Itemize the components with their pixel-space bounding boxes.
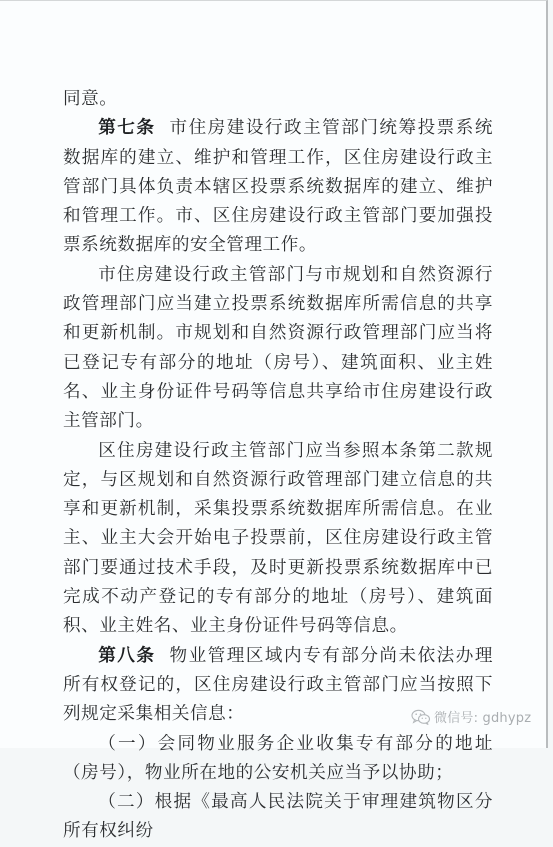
wechat-watermark: 微信号: gdhypz	[411, 707, 531, 726]
article-heading: 第七条	[98, 118, 155, 138]
paragraph-text: 同意。	[63, 89, 117, 109]
article-8-item-1: （一）会同物业服务企业收集专有部分的地址（房号），物业所在地的公安机关应当予以协…	[63, 730, 493, 748]
article-heading: 第八条	[98, 646, 155, 666]
article-7-paragraph-1: 第七条市住房建设行政主管部门统筹投票系统数据库的建立、维护和管理工作，区住房建设…	[63, 114, 493, 260]
watermark-label: 微信号: gdhypz	[434, 707, 531, 726]
wechat-icon	[411, 709, 431, 725]
paragraph-text: 区住房建设行政主管部门应当参照本条第二款规定，与区规划和自然资源行政管理部门建立…	[63, 441, 493, 637]
paragraph-text: 市住房建设行政主管部门统筹投票系统数据库的建立、维护和管理工作，区住房建设行政主…	[63, 118, 493, 255]
paragraph-continuation: 同意。	[63, 85, 493, 114]
paragraph-text: 市住房建设行政主管部门与市规划和自然资源行政管理部门应当建立投票系统数据库所需信…	[63, 265, 493, 431]
document-body: 同意。 第七条市住房建设行政主管部门统筹投票系统数据库的建立、维护和管理工作，区…	[63, 85, 493, 748]
article-7-paragraph-2: 市住房建设行政主管部门与市规划和自然资源行政管理部门应当建立投票系统数据库所需信…	[63, 261, 493, 437]
document-page: 同意。 第七条市住房建设行政主管部门统筹投票系统数据库的建立、维护和管理工作，区…	[0, 0, 548, 748]
article-7-paragraph-3: 区住房建设行政主管部门应当参照本条第二款规定，与区规划和自然资源行政管理部门建立…	[63, 437, 493, 642]
paragraph-text: （一）会同物业服务企业收集专有部分的地址（房号），物业所在地的公安机关应当予以协…	[63, 734, 493, 748]
